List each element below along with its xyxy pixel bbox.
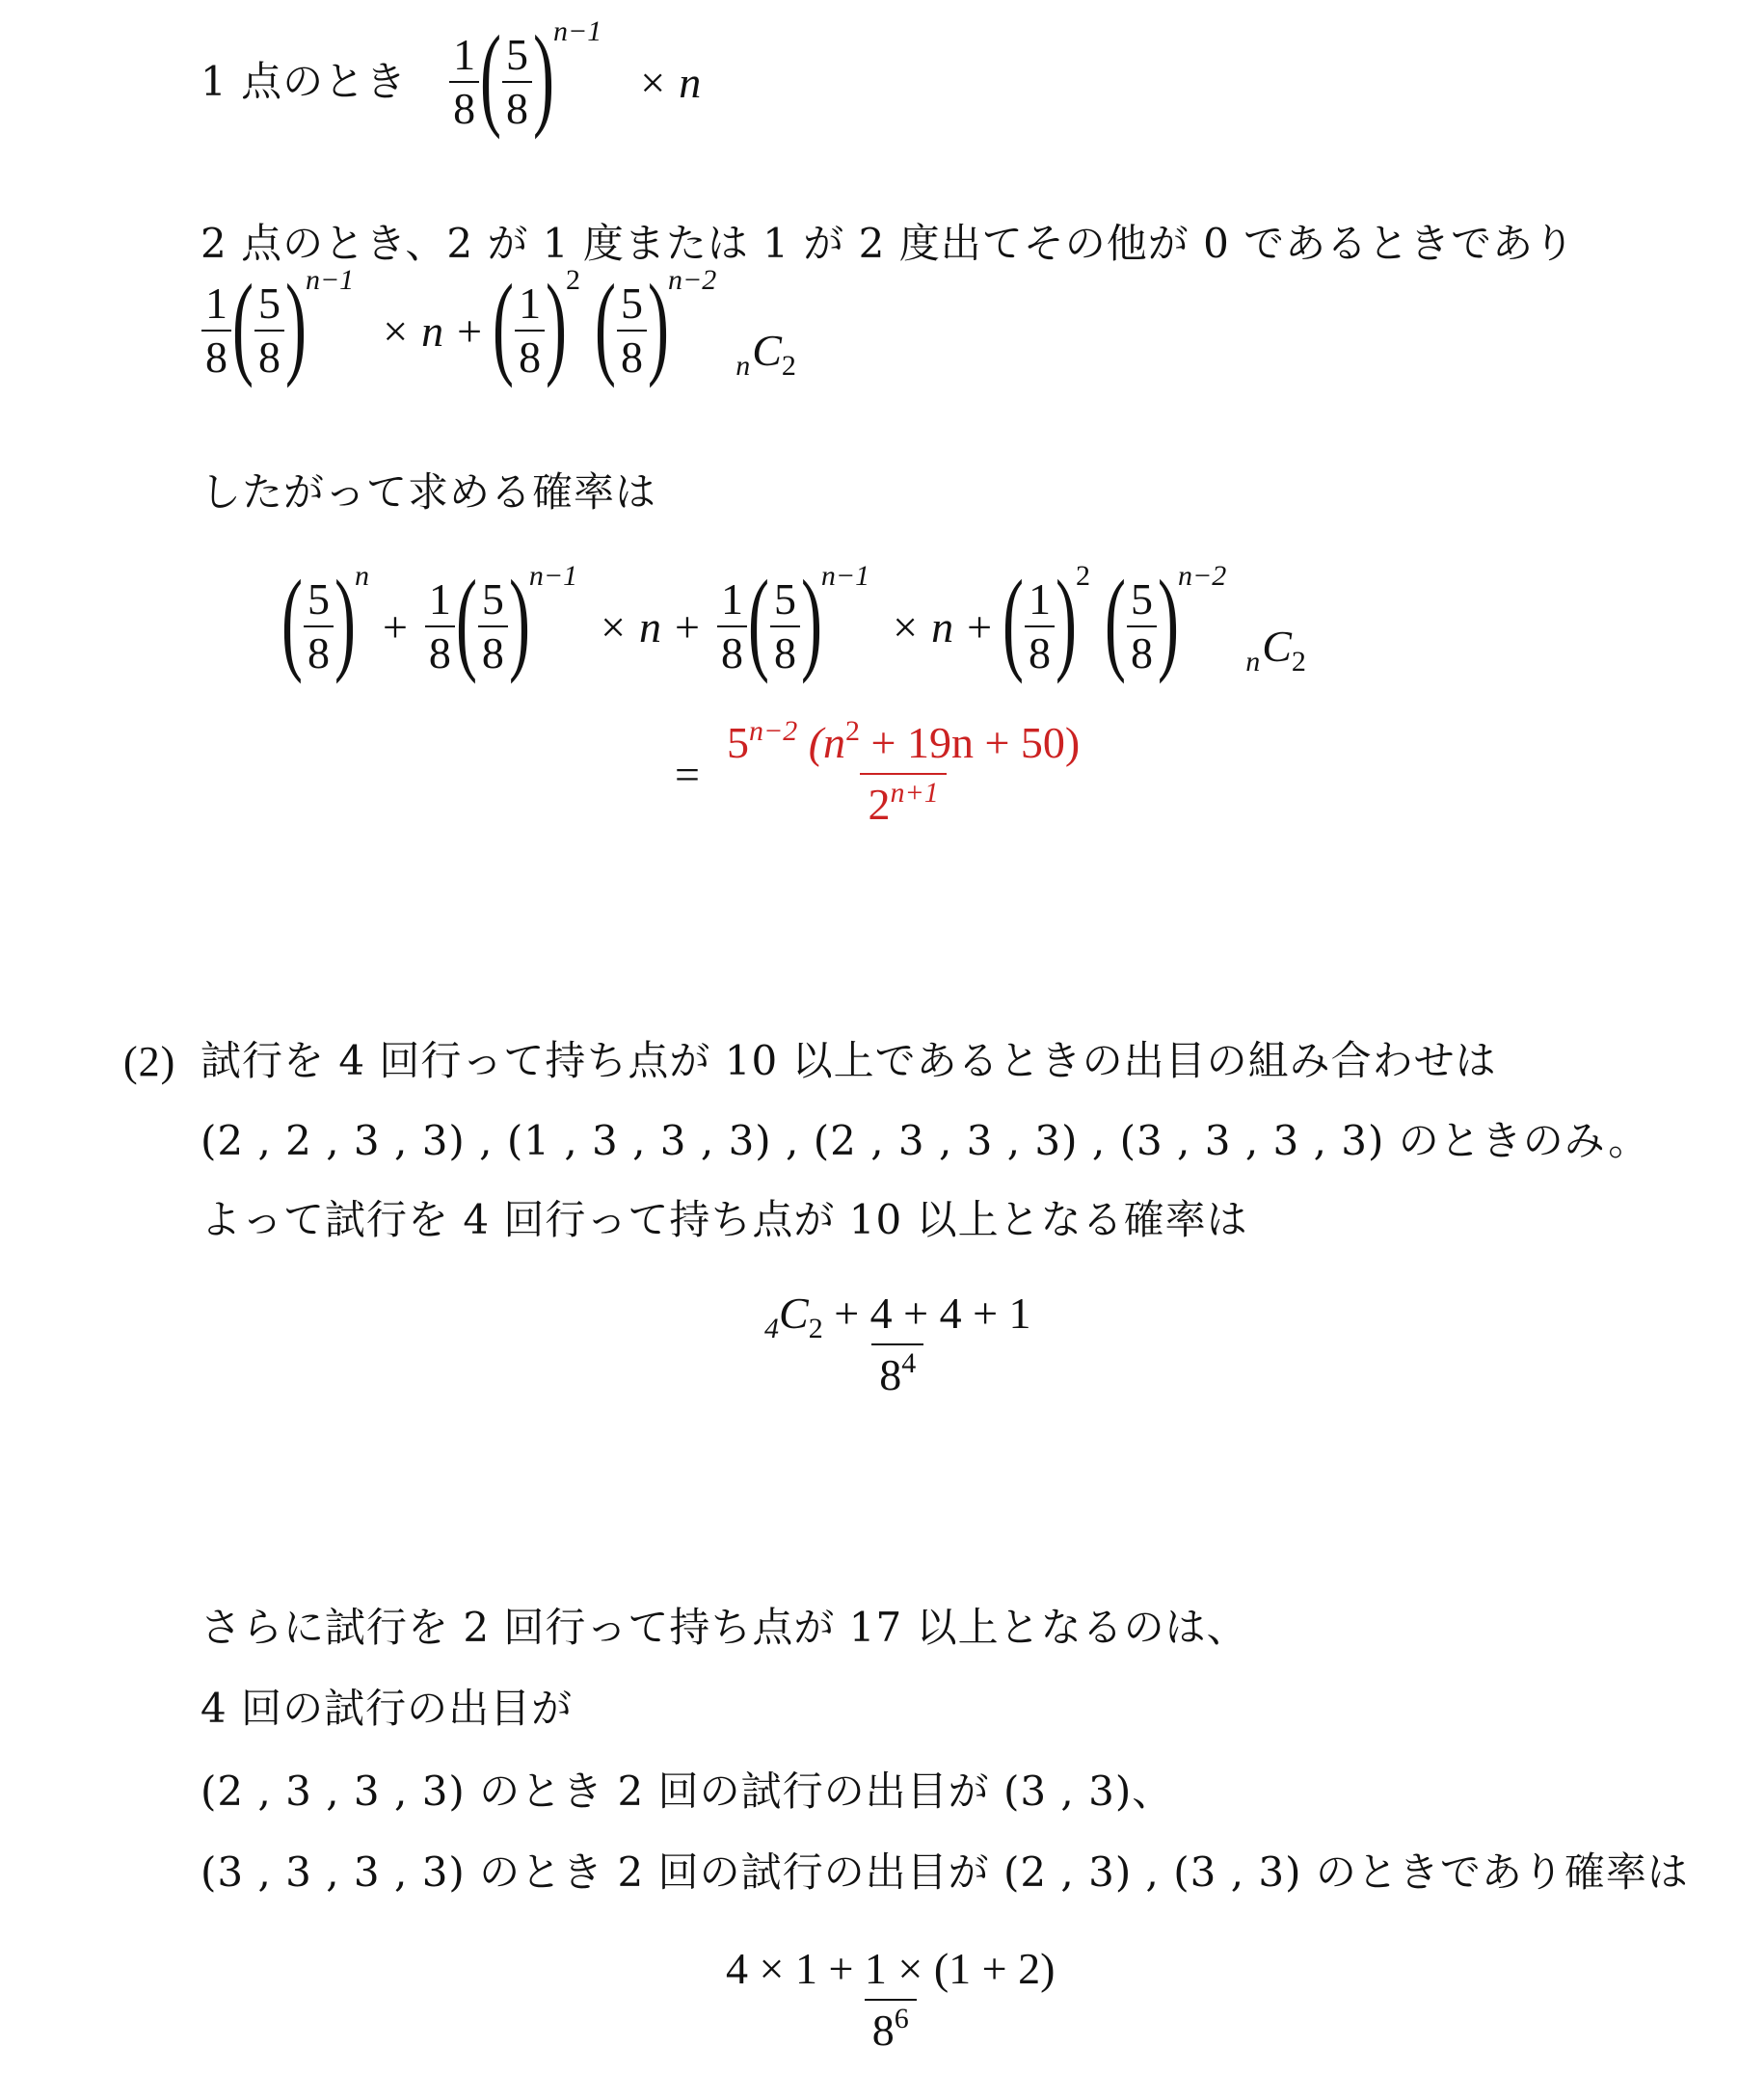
fraction: 18 [449,33,479,131]
combination: nC2 [735,325,796,376]
two-point-formula: 18 ( 58 ) n−1 × n + ( 18 ) 2 ( 58 ) n−2 … [198,268,796,393]
s2-line2: (2 , 2 , 3 , 3) , (1 , 3 , 3 , 3) , (2 ,… [201,1121,1649,1161]
result-fraction: 5n−2 (n2 + 19n + 50) 2n+1 [719,721,1087,827]
one-point-row: 1 点のとき 18 ( 58 ) n−1 × n [201,19,701,145]
s2-line6: (2 , 3 , 3 , 3) のとき 2 回の試行の出目が (3 , 3)、 [201,1771,1173,1812]
fraction: 58 [502,33,532,131]
s2-line3: よって試行を 4 回行って持ち点が 10 以上となる確率は [201,1200,1248,1240]
right-paren: ) [533,18,554,134]
prob1-fraction: 4C2 + 4 + 4 + 1 84 [757,1291,1039,1397]
therefore-text: したがって求める確率は [201,472,656,513]
problem-number: (2) [123,1041,175,1083]
equals-sign: = [675,749,700,800]
probability-2: 4 × 1 + 1 × (1 + 2) 86 [718,1947,1062,2053]
probability-1: 4C2 + 4 + 4 + 1 84 [757,1291,1039,1397]
exponent: n−1 [553,15,602,48]
s2-line4: さらに試行を 2 回行って持ち点が 17 以上となるのは、 [201,1608,1248,1648]
s2-line5: 4 回の試行の出目が [201,1688,573,1729]
s2-line7: (3 , 3 , 3 , 3) のとき 2 回の試行の出目が (2 , 3) ,… [201,1852,1689,1893]
result-formula: = 5n−2 (n2 + 19n + 50) 2n+1 [675,721,1087,827]
prob2-fraction: 4 × 1 + 1 × (1 + 2) 86 [718,1947,1062,2053]
two-point-text: 2 点のとき、2 が 1 度または 1 が 2 度出てその他が 0 であるときで… [201,224,1575,264]
one-point-label: 1 点のとき [201,62,407,102]
one-point-formula: 18 ( 58 ) n−1 × n [445,24,701,140]
sum-formula: ( 58 ) n + 18 ( 58 ) n−1 × n + 18 ( 58 )… [284,564,1306,689]
s2-line1: 試行を 4 回行って持ち点が 10 以上であるときの出目の組み合わせは [201,1041,1497,1081]
left-paren: ( [480,18,501,134]
